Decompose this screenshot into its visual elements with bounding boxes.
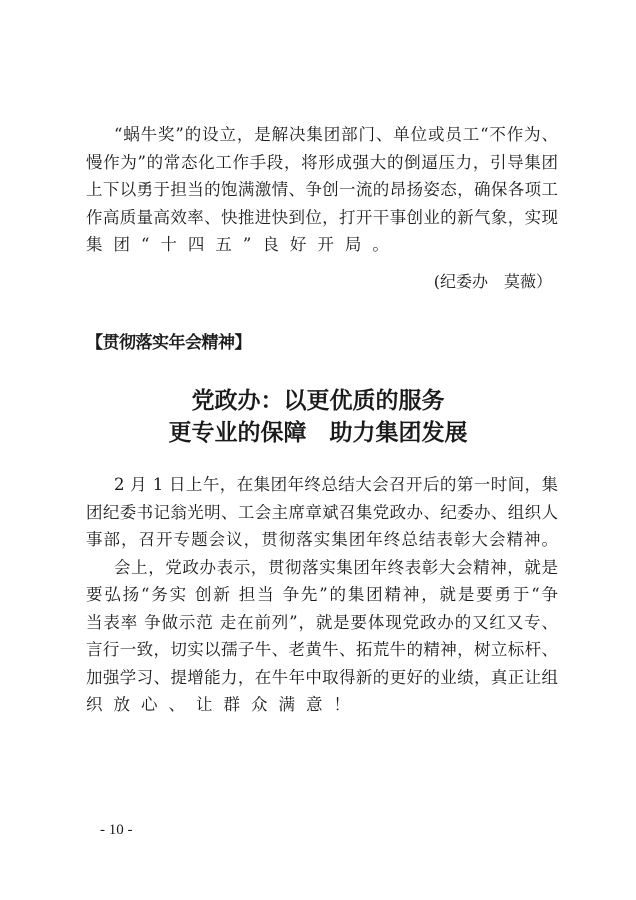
text-line: 言行一致，切实以孺子牛、老黄牛、拓荒牛的精神，树立标杆、 [86, 638, 558, 662]
text-line: 上下以勇于担当的饱满激情、争创一流的昂扬姿态，确保各项工 [86, 178, 558, 202]
page-number: - 10 - [100, 820, 133, 840]
article-title-line-2: 更专业的保障 助力集团发展 [0, 418, 636, 448]
text-line: 团纪委书记翁光明、工会主席章斌召集党政办、纪委办、组织人 [86, 501, 558, 525]
text-line: 要弘扬“务实 创新 担当 争先”的集团精神，就是要勇于“争 [86, 583, 558, 607]
author-signature: (纪委办 莫薇） [434, 270, 552, 294]
text-line: 慢作为”的常态化工作手段，将形成强大的倒逼压力，引导集团 [86, 151, 558, 175]
text-line: 会上，党政办表示，贯彻落实集团年终表彰大会精神，就是 [114, 556, 558, 580]
text-line: 事部，召开专题会议，贯彻落实集团年终总结表彰大会精神。 [86, 528, 558, 552]
text-line: 作高质量高效率、快推进快到位，打开干事创业的新气象，实现 [86, 206, 558, 230]
article-title-line-1: 党政办：以更优质的服务 [0, 386, 636, 416]
text-line: 织放心、让群众满意！ [86, 693, 558, 717]
text-line: 集团“十四五”良好开局。 [86, 233, 558, 257]
text-line: 当表率 争做示范 走在前列”，就是要体现党政办的又红又专、 [86, 611, 558, 635]
text-line: “蜗牛奖”的设立，是解决集团部门、单位或员工“不作为、 [114, 123, 558, 147]
text-line: 加强学习、提增能力，在牛年中取得新的更好的业绩，真正让组 [86, 666, 558, 690]
text-line: 2 月 1 日上午，在集团年终总结大会召开后的第一时间，集 [114, 473, 558, 497]
section-tag: 【贯彻落实年会精神】 [86, 331, 251, 355]
